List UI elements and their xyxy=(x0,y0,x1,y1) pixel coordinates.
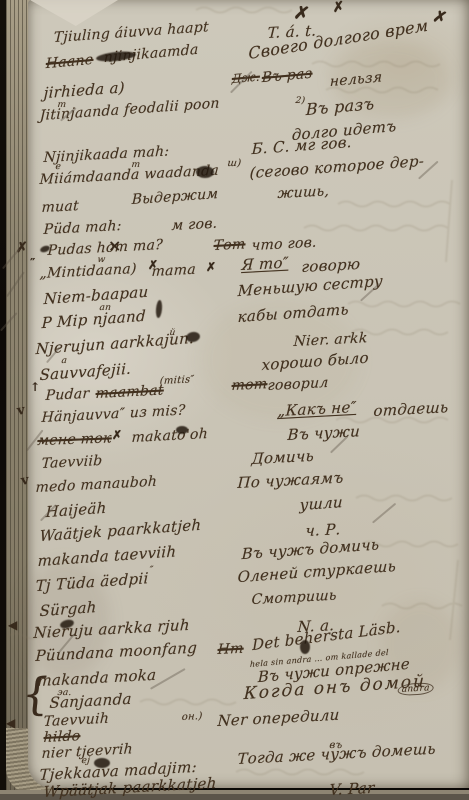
superscript-note: (mitis″ xyxy=(159,374,194,387)
handwriting-line: Б. С. мг гов. xyxy=(251,133,352,158)
struck-word: тот xyxy=(231,376,268,394)
handwriting-line: Niem-baapau xyxy=(43,283,148,308)
superscript-note: 2) xyxy=(295,96,306,106)
struck-word: Hm xyxy=(217,641,244,658)
handwriting-line: По чужаямъ xyxy=(237,468,344,492)
struck-word: Тот xyxy=(213,236,246,254)
handwriting-line: Выдержим xyxy=(131,186,218,208)
handwriting-line: jirhieda a) xyxy=(43,78,125,102)
grouping-brace: { xyxy=(20,676,52,713)
struck-word: Haane xyxy=(46,52,94,72)
check-mark-icon: v xyxy=(16,403,26,419)
handwriting-line: Waätjek paarkkatjeh xyxy=(39,516,201,545)
superscript-note: он.) xyxy=(181,711,202,723)
superscript-note: ш) xyxy=(227,158,242,169)
handwriting-line: P Mip njaand xyxy=(41,307,146,332)
arrow-mark-icon: ◀ xyxy=(6,716,16,730)
handwriting-line: Sürgah xyxy=(39,598,97,620)
ink-blot xyxy=(185,331,201,343)
handwriting-line: Miiámdaanda waadanda xyxy=(39,163,219,188)
check-mark-icon: v xyxy=(20,473,30,489)
struck-word: maambat xyxy=(95,382,164,402)
arrow-mark-icon: ◀ xyxy=(8,618,18,632)
pencil-scratch xyxy=(2,248,20,269)
x-mark-icon: ✗ xyxy=(206,260,216,274)
handwriting-line: ушли xyxy=(299,493,343,514)
underlined-phrase: „Какъ не″ xyxy=(277,398,357,420)
arrow-mark-icon: ↑ xyxy=(30,380,40,394)
handwriting-line: кабы отдать xyxy=(237,300,349,326)
handwriting-line: отдаешь xyxy=(373,398,449,420)
handwriting-line: makanda moka xyxy=(37,666,157,690)
handwriting-line: makato'oh xyxy=(131,426,208,446)
ink-blot xyxy=(196,166,214,178)
handwriting-line: Haijeäh xyxy=(45,499,107,521)
handwriting-line: Sauvvafejii. xyxy=(39,360,131,384)
handwriting-line: что гов. xyxy=(251,235,317,254)
handwriting-line: жишь, xyxy=(277,183,330,202)
cross-scribble-icon: ✗ xyxy=(431,6,449,28)
handwriting-line: Въ разъ xyxy=(306,94,375,119)
ink-blot xyxy=(155,300,163,318)
pencil-scratch xyxy=(6,271,25,297)
ink-blot xyxy=(94,758,110,768)
handwriting-line: Тогда же чужъ домешь xyxy=(237,740,436,768)
handwriting-line: Pudar xyxy=(45,386,90,404)
handwriting-line: makanda taevviih xyxy=(37,542,176,570)
handwriting-line: Nieruju aarkka rjuh xyxy=(33,616,190,642)
handwriting-line: Меньшую сестру xyxy=(237,272,383,300)
struck-word: мене ток xyxy=(37,430,112,449)
handwriting-line: хорошо было xyxy=(261,349,369,375)
superscript-note: ″ xyxy=(149,565,154,576)
x-mark-icon: × xyxy=(108,236,122,255)
pencil-scratch xyxy=(0,312,18,331)
handwriting-line: говорю xyxy=(301,255,361,276)
handwriting-line: Въ чужи xyxy=(287,422,360,444)
handwriting-line: Njinjikaada mah: xyxy=(43,143,170,166)
pencil-scratch xyxy=(372,503,396,524)
handwriting-line: Taevvuih xyxy=(43,711,109,731)
superscript-note: w xyxy=(97,255,106,265)
handwriting-line: Tj Tüda äedpii xyxy=(35,569,149,595)
handwriting-line: нельзя xyxy=(330,69,383,90)
ink-blot xyxy=(300,640,310,654)
handwriting-line: говорил xyxy=(267,375,329,394)
x-mark-icon: ✗ xyxy=(112,428,122,442)
ditto-mark-icon: ″ xyxy=(30,256,36,270)
handwriting-line: muat xyxy=(41,198,79,216)
struck-word: Въ раз xyxy=(262,66,313,87)
handwriting-line: medo manauboh xyxy=(35,474,157,496)
underlined-phrase: Я то″ xyxy=(241,254,289,275)
handwriting-line: ч. Р. xyxy=(305,520,341,540)
handwriting-line: Njerujun aarkkajun. xyxy=(35,329,194,358)
handwriting-line: Ner опередили xyxy=(217,706,340,730)
handwriting-line: Домичь xyxy=(251,447,314,468)
handwriting-line: Sanjaanda xyxy=(49,690,132,712)
handwriting-layer: Tjiuling áiuvva haaptT. á. t.Haanenjinji… xyxy=(0,0,469,800)
handwriting-line: м гов. xyxy=(171,216,218,234)
handwriting-line: Смотришь xyxy=(251,588,337,609)
ink-blot xyxy=(176,426,188,434)
handwriting-line: „Mintidaana) xyxy=(39,261,137,282)
handwriting-line: Taevviib xyxy=(41,453,103,472)
cross-scribble-icon: ✗ xyxy=(332,0,345,16)
x-mark-icon: ✗ xyxy=(148,258,158,272)
handwriting-line: Nier. arkk xyxy=(293,330,368,350)
handwriting-line: V. Par xyxy=(329,779,375,799)
manuscript-photo: Tjiuling áiuvva haaptT. á. t.Haanenjinji… xyxy=(0,0,469,800)
handwriting-line: Hänjauvva″ из mis? xyxy=(41,402,186,426)
